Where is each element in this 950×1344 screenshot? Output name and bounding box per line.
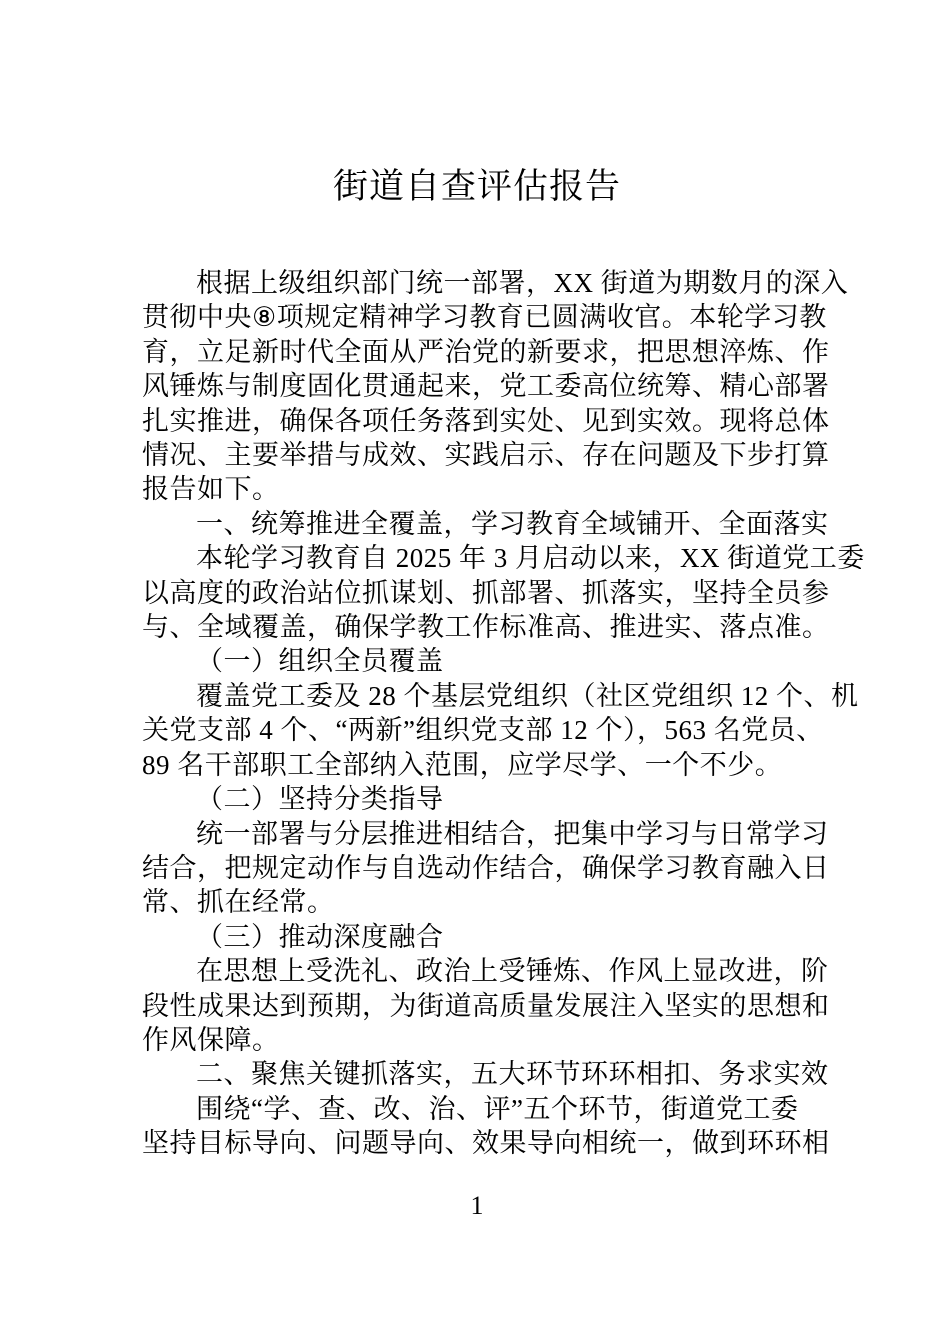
text-line: 风锤炼与制度固化贯通起来，党工委高位统筹、精心部署 (142, 369, 812, 403)
document-page: 街道自查评估报告 根据上级组织部门统一部署，XX 街道为期数月的深入贯彻中央⑧项… (0, 0, 950, 1344)
text-line: 结合，把规定动作与自选动作结合，确保学习教育融入日 (142, 851, 812, 885)
text-line: 贯彻中央⑧项规定精神学习教育已圆满收官。本轮学习教 (142, 300, 812, 334)
text-line: （三）推动深度融合 (142, 920, 812, 954)
text-line: 统一部署与分层推进相结合，把集中学习与日常学习 (142, 817, 812, 851)
text-line: 与、全域覆盖，确保学教工作标准高、推进实、落点准。 (142, 610, 812, 644)
text-line: 作风保障。 (142, 1023, 812, 1057)
text-line: 情况、主要举措与成效、实践启示、存在问题及下步打算 (142, 438, 812, 472)
text-line: （二）坚持分类指导 (142, 782, 812, 816)
document-title: 街道自查评估报告 (142, 162, 812, 212)
text-line: 89 名干部职工全部纳入范围，应学尽学、一个不少。 (142, 748, 812, 782)
text-line: 一、统筹推进全覆盖，学习教育全域铺开、全面落实 (142, 507, 812, 541)
text-line: 以高度的政治站位抓谋划、抓部署、抓落实，坚持全员参 (142, 576, 812, 610)
text-line: 关党支部 4 个、“两新”组织党支部 12 个），563 名党员、 (142, 713, 812, 747)
text-line: 根据上级组织部门统一部署，XX 街道为期数月的深入 (142, 266, 812, 300)
text-line: （一）组织全员覆盖 (142, 644, 812, 678)
text-line: 二、聚焦关键抓落实，五大环节环环相扣、务求实效 (142, 1057, 812, 1091)
text-line: 在思想上受洗礼、政治上受锤炼、作风上显改进，阶 (142, 954, 812, 988)
text-line: 坚持目标导向、问题导向、效果导向相统一，做到环环相 (142, 1126, 812, 1160)
text-line: 扎实推进，确保各项任务落到实处、见到实效。现将总体 (142, 404, 812, 438)
text-line: 常、抓在经常。 (142, 885, 812, 919)
text-line: 覆盖党工委及 28 个基层党组织（社区党组织 12 个、机 (142, 679, 812, 713)
text-line: 育，立足新时代全面从严治党的新要求，把思想淬炼、作 (142, 335, 812, 369)
page-number: 1 (142, 1189, 812, 1223)
text-line: 报告如下。 (142, 472, 812, 506)
text-line: 本轮学习教育自 2025 年 3 月启动以来，XX 街道党工委 (142, 541, 812, 575)
document-body: 根据上级组织部门统一部署，XX 街道为期数月的深入贯彻中央⑧项规定精神学习教育已… (142, 266, 812, 1161)
text-line: 段性成果达到预期，为街道高质量发展注入坚实的思想和 (142, 989, 812, 1023)
text-line: 围绕“学、查、改、治、评”五个环节，街道党工委 (142, 1092, 812, 1126)
